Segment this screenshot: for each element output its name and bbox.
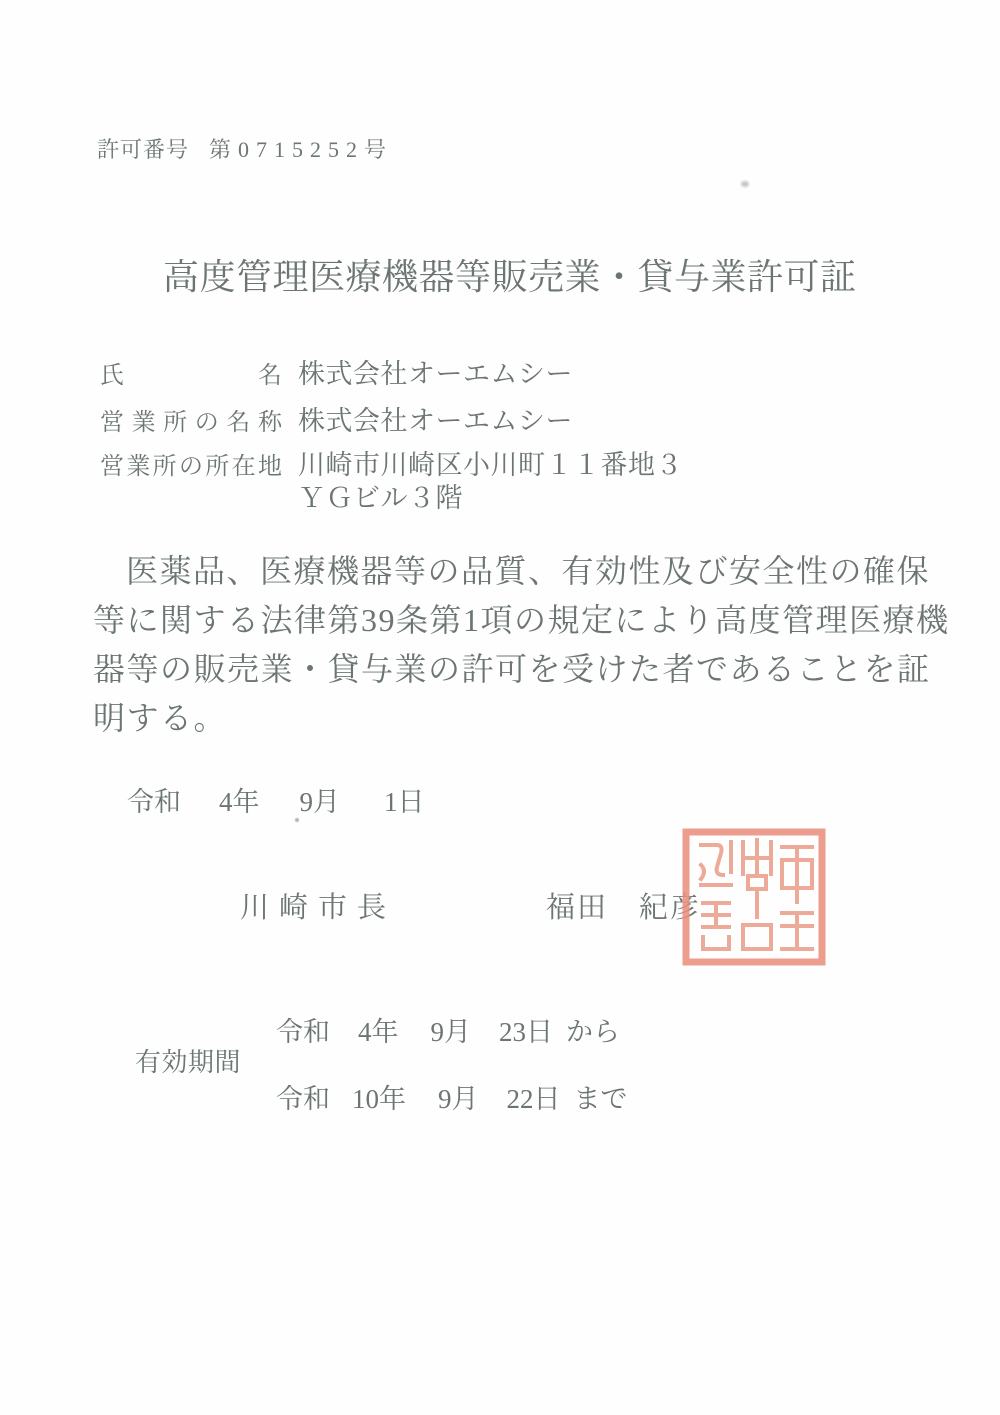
validity-to-era: 令和	[276, 1084, 330, 1114]
paragraph-line: 医薬品、医療機器等の品質、有効性及び安全性の確保	[93, 547, 923, 596]
permit-number-line: 許可番号第0715252号	[97, 133, 393, 164]
issue-date-era: 令和	[127, 787, 181, 817]
validity-from-year: 4年	[358, 1017, 399, 1047]
issuer-name: 福田 紀彦	[546, 892, 701, 924]
name-field-value: 株式会社オーエムシー	[298, 352, 573, 391]
validity-to-day: 22日	[507, 1084, 561, 1114]
issue-date-year: 4年	[219, 787, 260, 817]
paragraph-line: 等に関する法律第39条第1項の規定により高度管理医療機	[93, 596, 923, 645]
mayor-seal-stamp-icon	[681, 827, 827, 967]
validity-to-year: 10年	[352, 1084, 406, 1114]
office-name-field-value: 株式会社オーエムシー	[298, 399, 573, 438]
scan-speck	[741, 181, 749, 187]
name-field: 氏名株式会社オーエムシー	[100, 352, 573, 391]
office-address-field-label: 営業所の所在地	[100, 446, 282, 481]
validity-from-suffix: から	[566, 1017, 620, 1047]
validity-from-era: 令和	[276, 1017, 330, 1047]
office-address-line2: ＹＧビル３階	[298, 476, 463, 515]
validity-to-line: 令和10年9月22日まで	[276, 1077, 628, 1116]
issue-date: 令和4年9月1日	[127, 780, 425, 819]
validity-from-month: 9月	[431, 1017, 472, 1047]
paragraph-line: 明する。	[93, 694, 923, 743]
certification-paragraph: 医薬品、医療機器等の品質、有効性及び安全性の確保 等に関する法律第39条第1項の…	[93, 547, 923, 743]
validity-to-suffix: まで	[574, 1084, 628, 1114]
permit-number-value: 第0715252号	[209, 137, 393, 162]
validity-period-label: 有効期間	[135, 1042, 241, 1079]
paragraph-line: 器等の販売業・貸与業の許可を受けた者であることを証	[93, 645, 923, 694]
name-field-label: 氏名	[100, 355, 282, 390]
office-name-field: 営業所の名称株式会社オーエムシー	[100, 399, 573, 438]
issuer-signature-line: 川崎市長福田 紀彦	[240, 885, 701, 926]
issue-date-day: 1日	[384, 787, 425, 817]
validity-to-month: 9月	[438, 1084, 479, 1114]
license-certificate-document: 許可番号第0715252号 高度管理医療機器等販売業・貸与業許可証 氏名株式会社…	[0, 0, 1000, 1415]
validity-from-day: 23日	[499, 1017, 553, 1047]
office-name-field-label: 営業所の名称	[100, 402, 282, 437]
issue-date-month: 9月	[300, 787, 341, 817]
issuer-title: 川崎市長	[240, 892, 396, 924]
validity-from-line: 令和4年9月23日から	[276, 1010, 620, 1049]
permit-number-label: 許可番号	[97, 137, 189, 162]
document-title: 高度管理医療機器等販売業・貸与業許可証	[163, 249, 857, 300]
